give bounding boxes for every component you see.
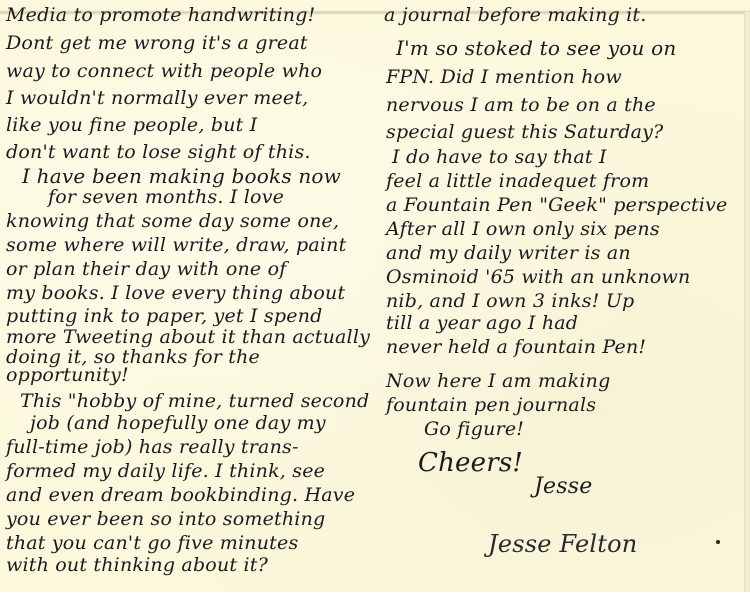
signature: Jesse Felton [488,530,637,558]
letter-line: opportunity! [6,364,129,386]
letter-line: don't want to lose sight of this. [6,141,311,163]
letter-line: that you can't go five minutes [6,532,298,554]
letter-line: special guest this Saturday? [386,121,663,143]
letter-line: After all I own only six pens [386,218,660,240]
letter-line: nib, and I own 3 inks! Up [386,290,634,312]
letter-line: I have been making books now [22,164,341,188]
letter-line: This "hobby of mine, turned second [20,390,369,412]
page-edge [744,12,750,592]
letter-line: knowing that some day some one, [6,210,339,232]
letter-line: more Tweeting about it than actually [6,326,370,348]
letter-line: nervous I am to be on a the [386,94,656,116]
letter-line: like you fine people, but I [6,114,257,136]
letter-line: and my daily writer is an [386,242,631,264]
letter-line: a Fountain Pen "Geek" perspective [386,194,727,216]
signer-name: Jesse [534,474,592,499]
letter-line: feel a little inadequet from [386,170,649,192]
letter-line: Osminoid '65 with an unknown [386,266,690,288]
letter-line: formed my daily life. I think, see [6,460,325,482]
letter-line: some where will write, draw, paint [6,234,346,256]
letter-line: I do have to say that I [392,146,607,168]
letter-line: Media to promote handwriting! [6,4,315,26]
letter-line: putting ink to paper, yet I spend [6,305,323,327]
letter-paper: Media to promote handwriting! Dont get m… [0,0,750,592]
closing: Cheers! [418,448,523,478]
letter-line: Now here I am making [386,370,610,392]
letter-line: job (and hopefully one day my [30,412,326,434]
ink-speck [716,540,720,544]
letter-line: till a year ago I had [386,312,578,334]
letter-line: my books. I love every thing about [6,282,345,304]
letter-line: for seven months. I love [48,186,284,208]
letter-line: Dont get me wrong it's a great [6,32,308,54]
letter-line: you ever been so into something [6,508,325,530]
letter-line: way to connect with people who [6,60,322,82]
letter-line: FPN. Did I mention how [386,66,622,88]
letter-line: fountain pen journals [386,394,596,416]
letter-line: or plan their day with one of [6,258,286,280]
letter-line: full-time job) has really trans- [6,436,299,458]
letter-line: I wouldn't normally ever meet, [6,87,308,109]
letter-line: and even dream bookbinding. Have [6,484,355,506]
letter-line: I'm so stoked to see you on [396,36,676,60]
letter-line: with out thinking about it? [6,554,268,576]
letter-line: never held a fountain Pen! [386,336,646,358]
letter-line: Go figure! [424,418,524,440]
letter-line: a journal before making it. [384,4,646,26]
